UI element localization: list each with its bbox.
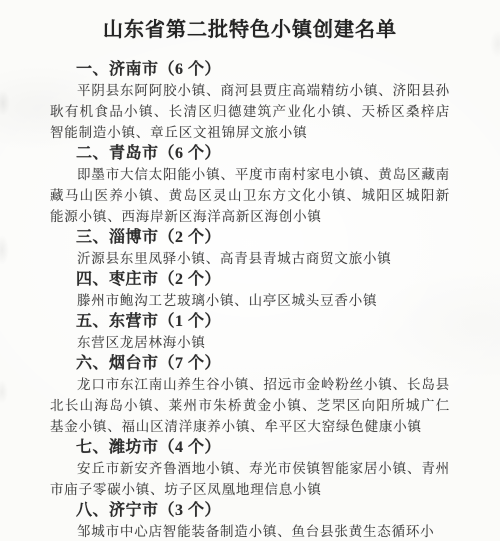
section-qingdao: 二、青岛市（6 个） 即墨市大信太阳能小镇、平度市南村家电小镇、黄岛区藏南藏马山… bbox=[50, 143, 450, 227]
scan-smudge bbox=[490, 30, 500, 58]
section-content: 沂源县东里凤驿小镇、高青县青城古商贸文旅小镇 bbox=[50, 248, 450, 269]
section-yantai: 六、烟台市（7 个） 龙口市东江南山养生谷小镇、招远市金岭粉丝小镇、长岛县北长山… bbox=[50, 353, 450, 437]
section-content: 安丘市新安齐鲁酒地小镇、寿光市侯镇智能家居小镇、青州市庙子零碳小镇、坊子区凤凰地… bbox=[50, 458, 450, 500]
section-heading: 二、青岛市（6 个） bbox=[50, 143, 450, 164]
section-heading: 三、淄博市（2 个） bbox=[50, 227, 450, 248]
section-weifang: 七、潍坊市（4 个） 安丘市新安齐鲁酒地小镇、寿光市侯镇智能家居小镇、青州市庙子… bbox=[50, 437, 450, 500]
section-dongying: 五、东营市（1 个） 东营区龙居林海小镇 bbox=[50, 311, 450, 353]
section-heading: 六、烟台市（7 个） bbox=[50, 353, 450, 374]
section-content: 东营区龙居林海小镇 bbox=[50, 332, 450, 353]
section-jining: 八、济宁市（3 个） 邹城市中心店智能装备制造小镇、鱼台县张黄生态循环小 bbox=[50, 500, 450, 541]
section-content: 滕州市鲍沟工艺玻璃小镇、山亭区城头豆香小镇 bbox=[50, 290, 450, 311]
section-heading: 五、东营市（1 个） bbox=[50, 311, 450, 332]
scan-smudge bbox=[0, 235, 9, 265]
scan-smudge bbox=[0, 90, 10, 116]
document-page: 山东省第二批特色小镇创建名单 一、济南市（6 个） 平阴县东阿阿胶小镇、商河县贾… bbox=[0, 0, 500, 541]
section-content: 即墨市大信太阳能小镇、平度市南村家电小镇、黄岛区藏南藏马山医养小镇、黄岛区灵山卫… bbox=[50, 164, 450, 227]
section-content: 平阴县东阿阿胶小镇、商河县贾庄高端精纺小镇、济阳县孙耿有机食品小镇、长清区归德建… bbox=[50, 80, 450, 143]
section-jinan: 一、济南市（6 个） 平阴县东阿阿胶小镇、商河县贾庄高端精纺小镇、济阳县孙耿有机… bbox=[50, 59, 450, 143]
section-heading: 四、枣庄市（2 个） bbox=[50, 269, 450, 290]
section-heading: 一、济南市（6 个） bbox=[50, 59, 450, 80]
section-zaozhuang: 四、枣庄市（2 个） 滕州市鲍沟工艺玻璃小镇、山亭区城头豆香小镇 bbox=[50, 269, 450, 311]
section-zibo: 三、淄博市（2 个） 沂源县东里凤驿小镇、高青县青城古商贸文旅小镇 bbox=[50, 227, 450, 269]
section-content: 邹城市中心店智能装备制造小镇、鱼台县张黄生态循环小 bbox=[50, 521, 450, 541]
section-heading: 八、济宁市（3 个） bbox=[50, 500, 450, 521]
section-heading: 七、潍坊市（4 个） bbox=[50, 437, 450, 458]
document-title: 山东省第二批特色小镇创建名单 bbox=[50, 16, 450, 44]
section-content: 龙口市东江南山养生谷小镇、招远市金岭粉丝小镇、长岛县北长山海岛小镇、莱州市朱桥黄… bbox=[50, 374, 450, 437]
scan-smudge bbox=[0, 380, 8, 404]
